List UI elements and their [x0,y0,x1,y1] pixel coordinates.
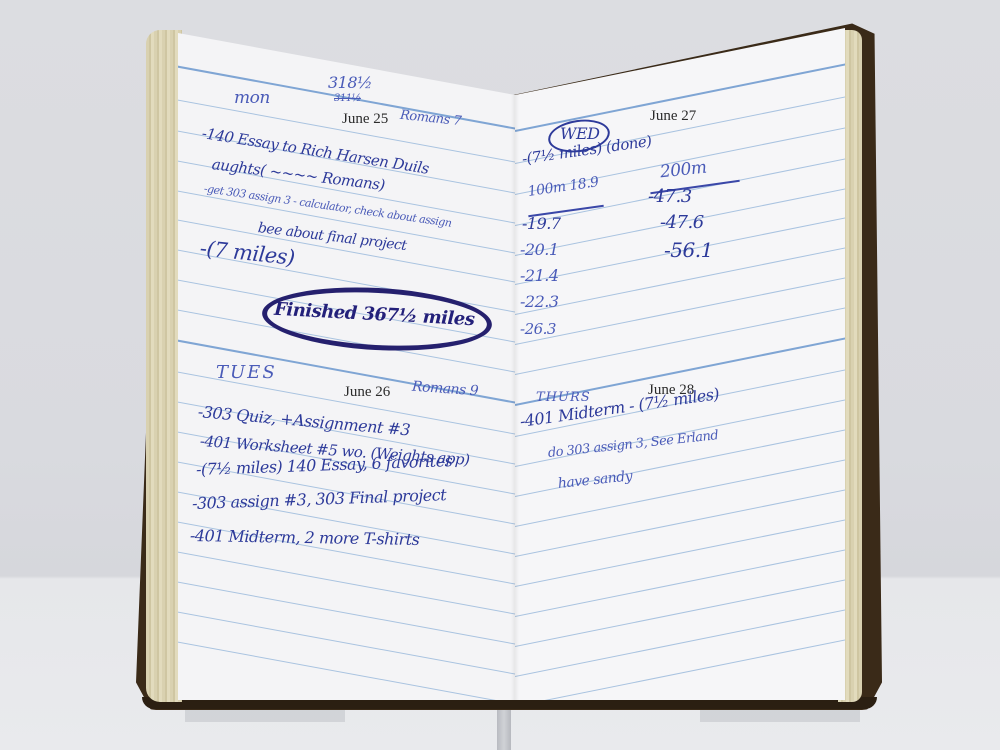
spine-gutter [511,95,519,700]
split-time-100m: -21.4 [520,266,559,285]
split-time-100m: -19.7 [522,214,561,233]
right-page [515,0,845,700]
printed-date-june-27: June 27 [650,108,696,125]
ruled-lines [515,0,845,700]
split-time-100m: -22.3 [520,292,559,311]
page-edges-left [146,30,182,702]
printed-date-june-26: June 26 [344,384,390,401]
entry-line: -401 Midterm, 2 more T-shirts [190,526,420,549]
day-label-tues: TUES [216,362,277,383]
mileage-tally: 318½ [328,73,372,92]
day-label-mon: mon [234,88,270,108]
ruled-lines [178,0,515,700]
split-time-100m: -20.1 [520,240,559,259]
printed-date-june-25: June 25 [342,111,388,128]
display-stand-post [497,705,511,750]
split-time-200m: -47.3 [648,186,692,207]
left-page [178,0,515,700]
mileage-tally-crossed: 3̶1̶1̶½̶ [334,93,361,104]
split-time-200m: -56.1 [664,238,713,262]
split-time-100m: -26.3 [520,320,556,338]
split-time-200m: -47.6 [660,212,704,233]
